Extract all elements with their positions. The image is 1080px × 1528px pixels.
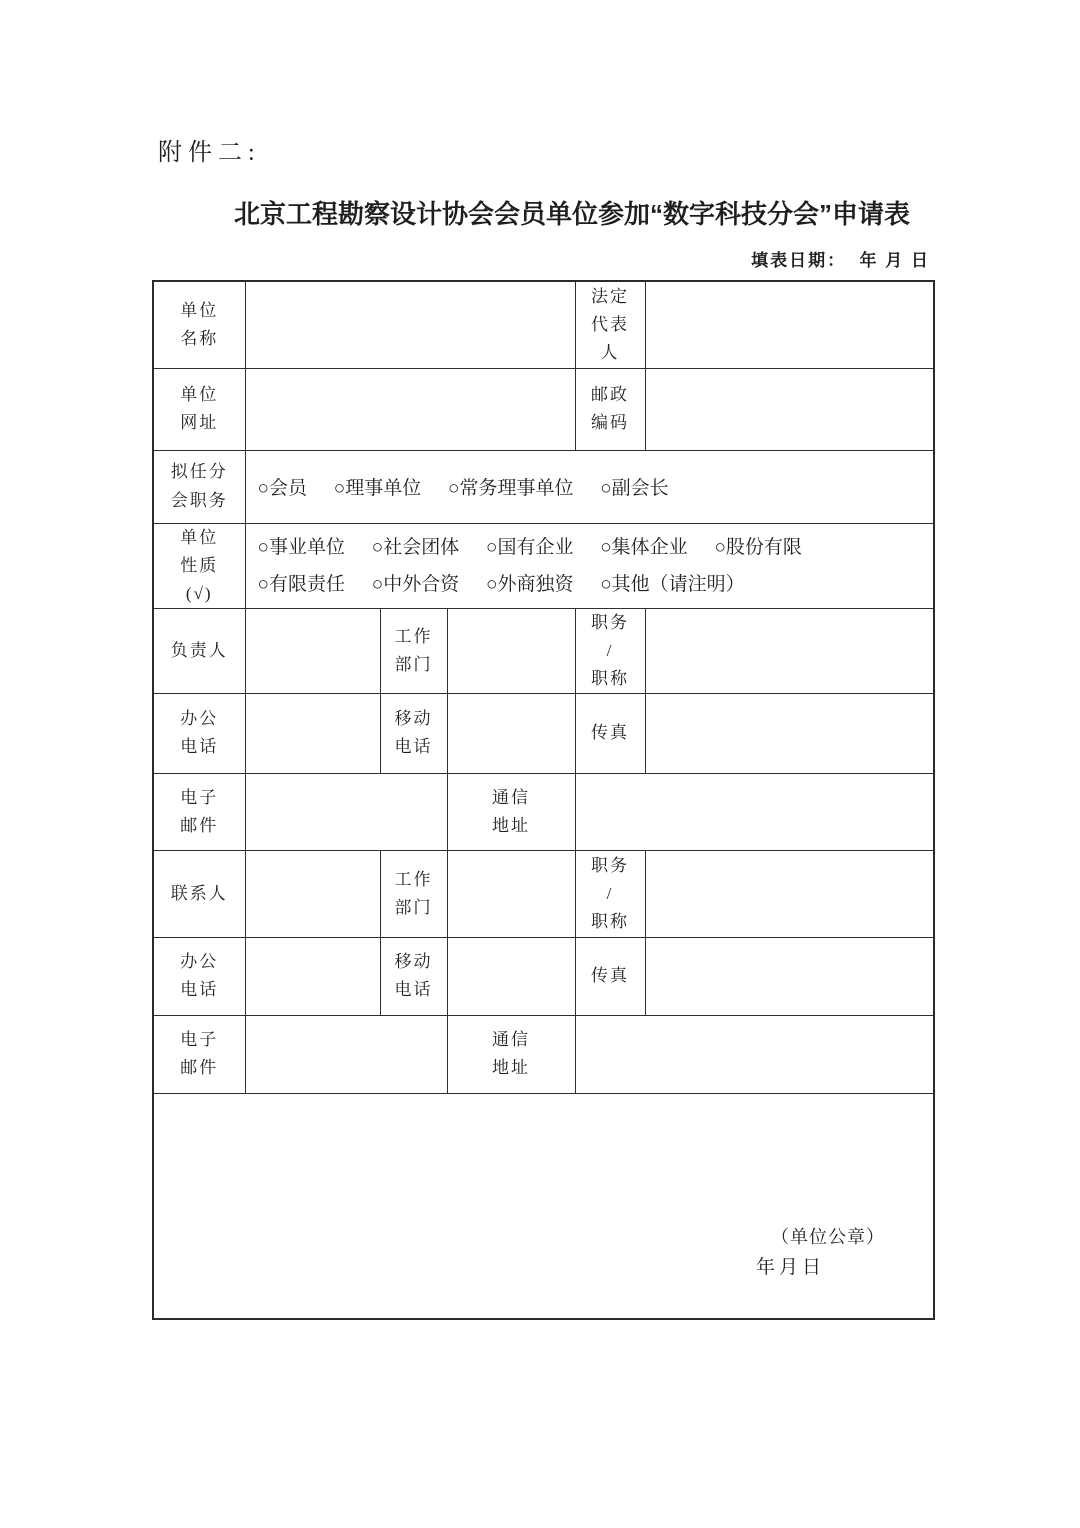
page-title: 北京工程勘察设计协会会员单位参加“数字科技分会”申请表	[0, 194, 1080, 231]
unit-website-label: 单位 网址	[153, 368, 245, 450]
contact-office-phone-label: 办公 电话	[153, 937, 245, 1015]
contact-mobile-phone-field	[447, 937, 575, 1015]
principal-email-field	[245, 773, 447, 850]
principal-email-label: 电子 邮件	[153, 773, 245, 850]
row-branch-position: 拟任分 会职务 ○会员 ○理事单位 ○常务理事单位 ○副会长	[153, 450, 934, 523]
option-sino-foreign-joint-venture: ○中外合资	[372, 574, 459, 595]
row-unit-type: 单位 性质 (√) ○事业单位 ○社会团体 ○国有企业 ○集体企业 ○股份有限 …	[153, 523, 934, 608]
postal-code-field	[645, 368, 934, 450]
principal-mailing-address-label: 通信 地址	[447, 773, 575, 850]
branch-position-options: ○会员 ○理事单位 ○常务理事单位 ○副会长	[245, 450, 934, 523]
row-principal: 负责人 工作 部门 职务 / 职称	[153, 608, 934, 693]
contact-fax-label: 传真	[575, 937, 645, 1015]
fill-date-label: 填表日期： 年 月 日	[751, 246, 930, 271]
row-principal-email: 电子 邮件 通信 地址	[153, 773, 934, 850]
option-vice-president: ○副会长	[600, 478, 668, 499]
contact-position-title-label: 职务 / 职称	[575, 850, 645, 937]
option-member: ○会员	[258, 478, 307, 499]
row-contact-phones: 办公 电话 移动 电话 传真	[153, 937, 934, 1015]
principal-mailing-address-field	[575, 773, 934, 850]
seal-note: （单位公章）	[154, 1222, 933, 1252]
postal-code-label: 邮政 编码	[575, 368, 645, 450]
option-director-unit: ○理事单位	[334, 478, 421, 499]
contact-fax-field	[645, 937, 934, 1015]
principal-mobile-phone-field	[447, 693, 575, 773]
option-wholly-foreign-owned: ○外商独资	[486, 574, 573, 595]
principal-work-dept-field	[447, 608, 575, 693]
option-other: ○其他（请注明）	[600, 574, 744, 595]
principal-label: 负责人	[153, 608, 245, 693]
option-executive-director-unit: ○常务理事单位	[448, 478, 573, 499]
principal-office-phone-field	[245, 693, 380, 773]
principal-fax-label: 传真	[575, 693, 645, 773]
option-public-institution: ○事业单位	[258, 537, 345, 558]
contact-work-dept-label: 工作 部门	[380, 850, 447, 937]
option-state-owned-enterprise: ○国有企业	[486, 537, 573, 558]
contact-email-field	[245, 1015, 447, 1093]
legal-representative-field	[645, 281, 934, 368]
row-contact: 联系人 工作 部门 职务 / 职称	[153, 850, 934, 937]
option-social-organization: ○社会团体	[372, 537, 459, 558]
row-unit-website: 单位 网址 邮政 编码	[153, 368, 934, 450]
principal-name-field	[245, 608, 380, 693]
row-contact-email: 电子 邮件 通信 地址	[153, 1015, 934, 1093]
contact-mobile-phone-label: 移动 电话	[380, 937, 447, 1015]
unit-name-field	[245, 281, 575, 368]
unit-website-field	[245, 368, 575, 450]
contact-email-label: 电子 邮件	[153, 1015, 245, 1093]
contact-position-title-field	[645, 850, 934, 937]
legal-representative-label: 法定 代表 人	[575, 281, 645, 368]
contact-office-phone-field	[245, 937, 380, 1015]
contact-label: 联系人	[153, 850, 245, 937]
unit-type-options-line2: ○有限责任 ○中外合资 ○外商独资 ○其他（请注明）	[258, 566, 934, 603]
contact-mailing-address-field	[575, 1015, 934, 1093]
unit-type-label: 单位 性质 (√)	[153, 523, 245, 608]
document-page: 附件二: 北京工程勘察设计协会会员单位参加“数字科技分会”申请表 填表日期： 年…	[0, 0, 1080, 1528]
principal-mobile-phone-label: 移动 电话	[380, 693, 447, 773]
contact-work-dept-field	[447, 850, 575, 937]
branch-position-label: 拟任分 会职务	[153, 450, 245, 523]
row-unit-name: 单位 名称 法定 代表 人	[153, 281, 934, 368]
principal-position-title-label: 职务 / 职称	[575, 608, 645, 693]
contact-mailing-address-label: 通信 地址	[447, 1015, 575, 1093]
row-seal: （单位公章） 年月日	[153, 1093, 934, 1319]
principal-work-dept-label: 工作 部门	[380, 608, 447, 693]
application-form-table: 单位 名称 法定 代表 人 单位 网址 邮政 编码 拟任分 会职务 ○会员 ○理…	[152, 280, 935, 1320]
principal-office-phone-label: 办公 电话	[153, 693, 245, 773]
row-principal-phones: 办公 电话 移动 电话 传真	[153, 693, 934, 773]
unit-type-options-line1: ○事业单位 ○社会团体 ○国有企业 ○集体企业 ○股份有限	[258, 529, 934, 566]
attachment-note: 附件二:	[158, 132, 261, 167]
option-collective-enterprise: ○集体企业	[600, 537, 687, 558]
principal-fax-field	[645, 693, 934, 773]
unit-name-label: 单位 名称	[153, 281, 245, 368]
unit-type-options: ○事业单位 ○社会团体 ○国有企业 ○集体企业 ○股份有限 ○有限责任 ○中外合…	[245, 523, 934, 608]
seal-date-line: 年月日	[154, 1252, 933, 1284]
option-joint-stock: ○股份有限	[714, 537, 801, 558]
contact-name-field	[245, 850, 380, 937]
seal-cell: （单位公章） 年月日	[153, 1093, 934, 1319]
option-limited-liability: ○有限责任	[258, 574, 345, 595]
principal-position-title-field	[645, 608, 934, 693]
